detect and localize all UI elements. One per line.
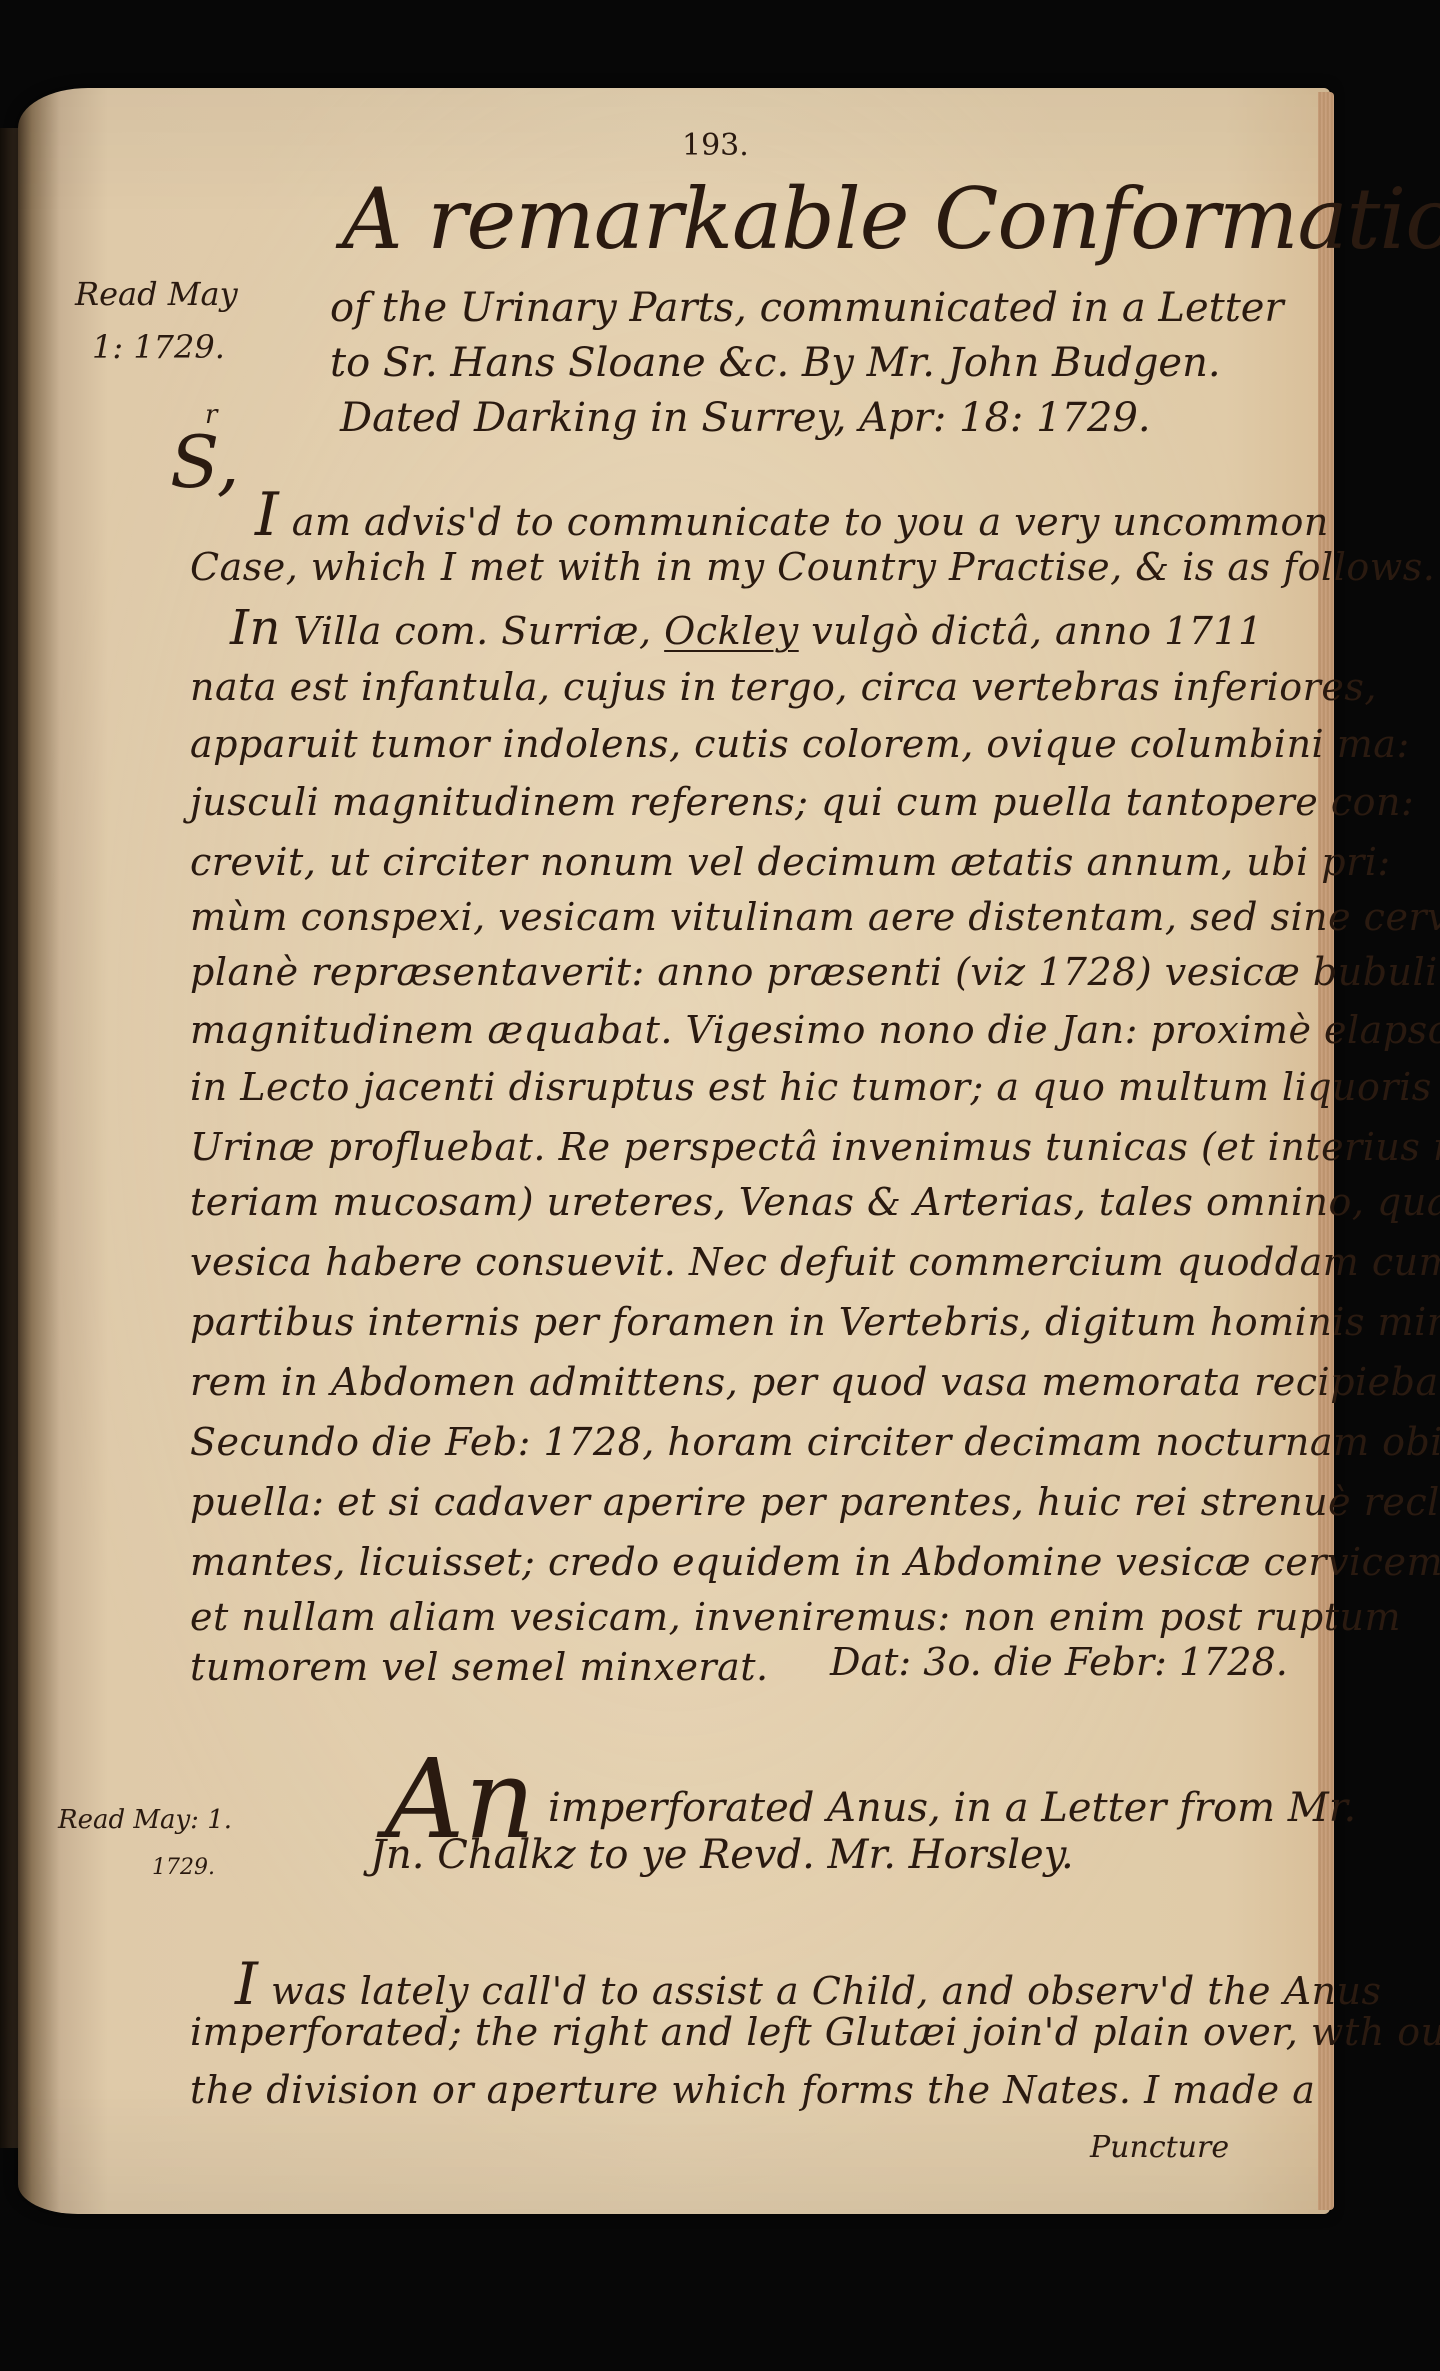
body-line: rem in Abdomen admittens, per quod vasa … <box>190 1360 1440 1404</box>
underlined-place-name: Ockley <box>664 609 799 653</box>
drop-initial: I <box>235 1950 258 2018</box>
article-title: A remarkable Conformation <box>342 170 1440 268</box>
body-line: vesica habere consuevit. Nec defuit comm… <box>190 1240 1440 1284</box>
line-text: vulgò dictâ, anno 1711 <box>799 609 1263 653</box>
body-line: tumorem vel semel minxerat. <box>190 1645 769 1689</box>
body-line: et nullam aliam vesicam, inveniremus: no… <box>190 1595 1401 1639</box>
page-number: 193. <box>682 128 749 163</box>
body-line: mantes, licuisset; credo equidem in Abdo… <box>190 1540 1440 1584</box>
salutation-superscript: r <box>205 400 217 430</box>
margin-note-read-date: 1: 1729. <box>92 328 225 366</box>
salutation: S, <box>170 420 240 504</box>
article-subtitle-line: of the Urinary Parts, communicated in a … <box>330 285 1284 331</box>
article-subtitle-line: Jn. Chalkz to ye Revd. Mr. Horsley. <box>370 1832 1074 1878</box>
body-line: crevit, ut circiter nonum vel decimum æt… <box>190 840 1391 884</box>
body-line: puella: et si cadaver aperire per parent… <box>190 1480 1440 1524</box>
margin-note-read-date: 1729. <box>152 1855 215 1880</box>
body-line: In Villa com. Surriæ, Ockley vulgò dictâ… <box>230 600 1263 656</box>
letter-dateline: Dat: 3o. die Febr: 1728. <box>830 1640 1288 1684</box>
body-line: Case, which I met with in my Country Pra… <box>190 545 1435 589</box>
salutation-letter: S <box>170 420 217 504</box>
body-line: in Lecto jacenti disruptus est hic tumor… <box>190 1065 1440 1109</box>
catchword: Puncture <box>1090 2130 1229 2165</box>
body-line: magnitudinem æquabat. Vigesimo nono die … <box>190 1008 1440 1052</box>
body-line: I am advis'd to communicate to you a ver… <box>255 480 1329 550</box>
drop-initial: In <box>230 600 281 656</box>
body-line: mùm conspexi, vesicam vitulinam aere dis… <box>190 895 1440 939</box>
line-text: Villa com. Surriæ, <box>281 609 664 653</box>
body-line: the division or aperture which forms the… <box>190 2068 1315 2112</box>
body-line: apparuit tumor indolens, cutis colorem, … <box>190 722 1410 766</box>
body-line: nata est infantula, cujus in tergo, circ… <box>190 665 1377 709</box>
title-text: imperforated Anus, in a Letter from Mr. <box>535 1785 1356 1831</box>
manuscript-photo: 193. A remarkable Conformation of the Ur… <box>0 0 1440 2371</box>
salutation-mark: , <box>217 420 240 504</box>
body-line: I was lately call'd to assist a Child, a… <box>235 1950 1382 2018</box>
article-subtitle-line: Dated Darking in Surrey, Apr: 18: 1729. <box>340 395 1151 441</box>
body-line: jusculi magnitudinem referens; qui cum p… <box>190 780 1414 824</box>
body-line: imperforated; the right and left Glutæi … <box>190 2010 1440 2054</box>
margin-note-read-date: Read May <box>75 275 238 313</box>
body-line: planè repræsentaverit: anno præsenti (vi… <box>190 950 1440 994</box>
article-subtitle-line: to Sr. Hans Sloane &c. By Mr. John Budge… <box>330 340 1221 386</box>
body-line: partibus internis per foramen in Vertebr… <box>190 1300 1440 1344</box>
margin-note-read-date: Read May: 1. <box>58 1805 232 1835</box>
drop-initial: I <box>255 480 279 550</box>
body-line: teriam mucosam) ureteres, Venas & Arteri… <box>190 1180 1440 1224</box>
line-text: am advis'd to communicate to you a very … <box>279 500 1329 544</box>
body-line: Urinæ profluebat. Re perspectâ invenimus… <box>190 1125 1440 1169</box>
line-text: was lately call'd to assist a Child, and… <box>258 1969 1381 2013</box>
body-line: Secundo die Feb: 1728, horam circiter de… <box>190 1420 1440 1464</box>
